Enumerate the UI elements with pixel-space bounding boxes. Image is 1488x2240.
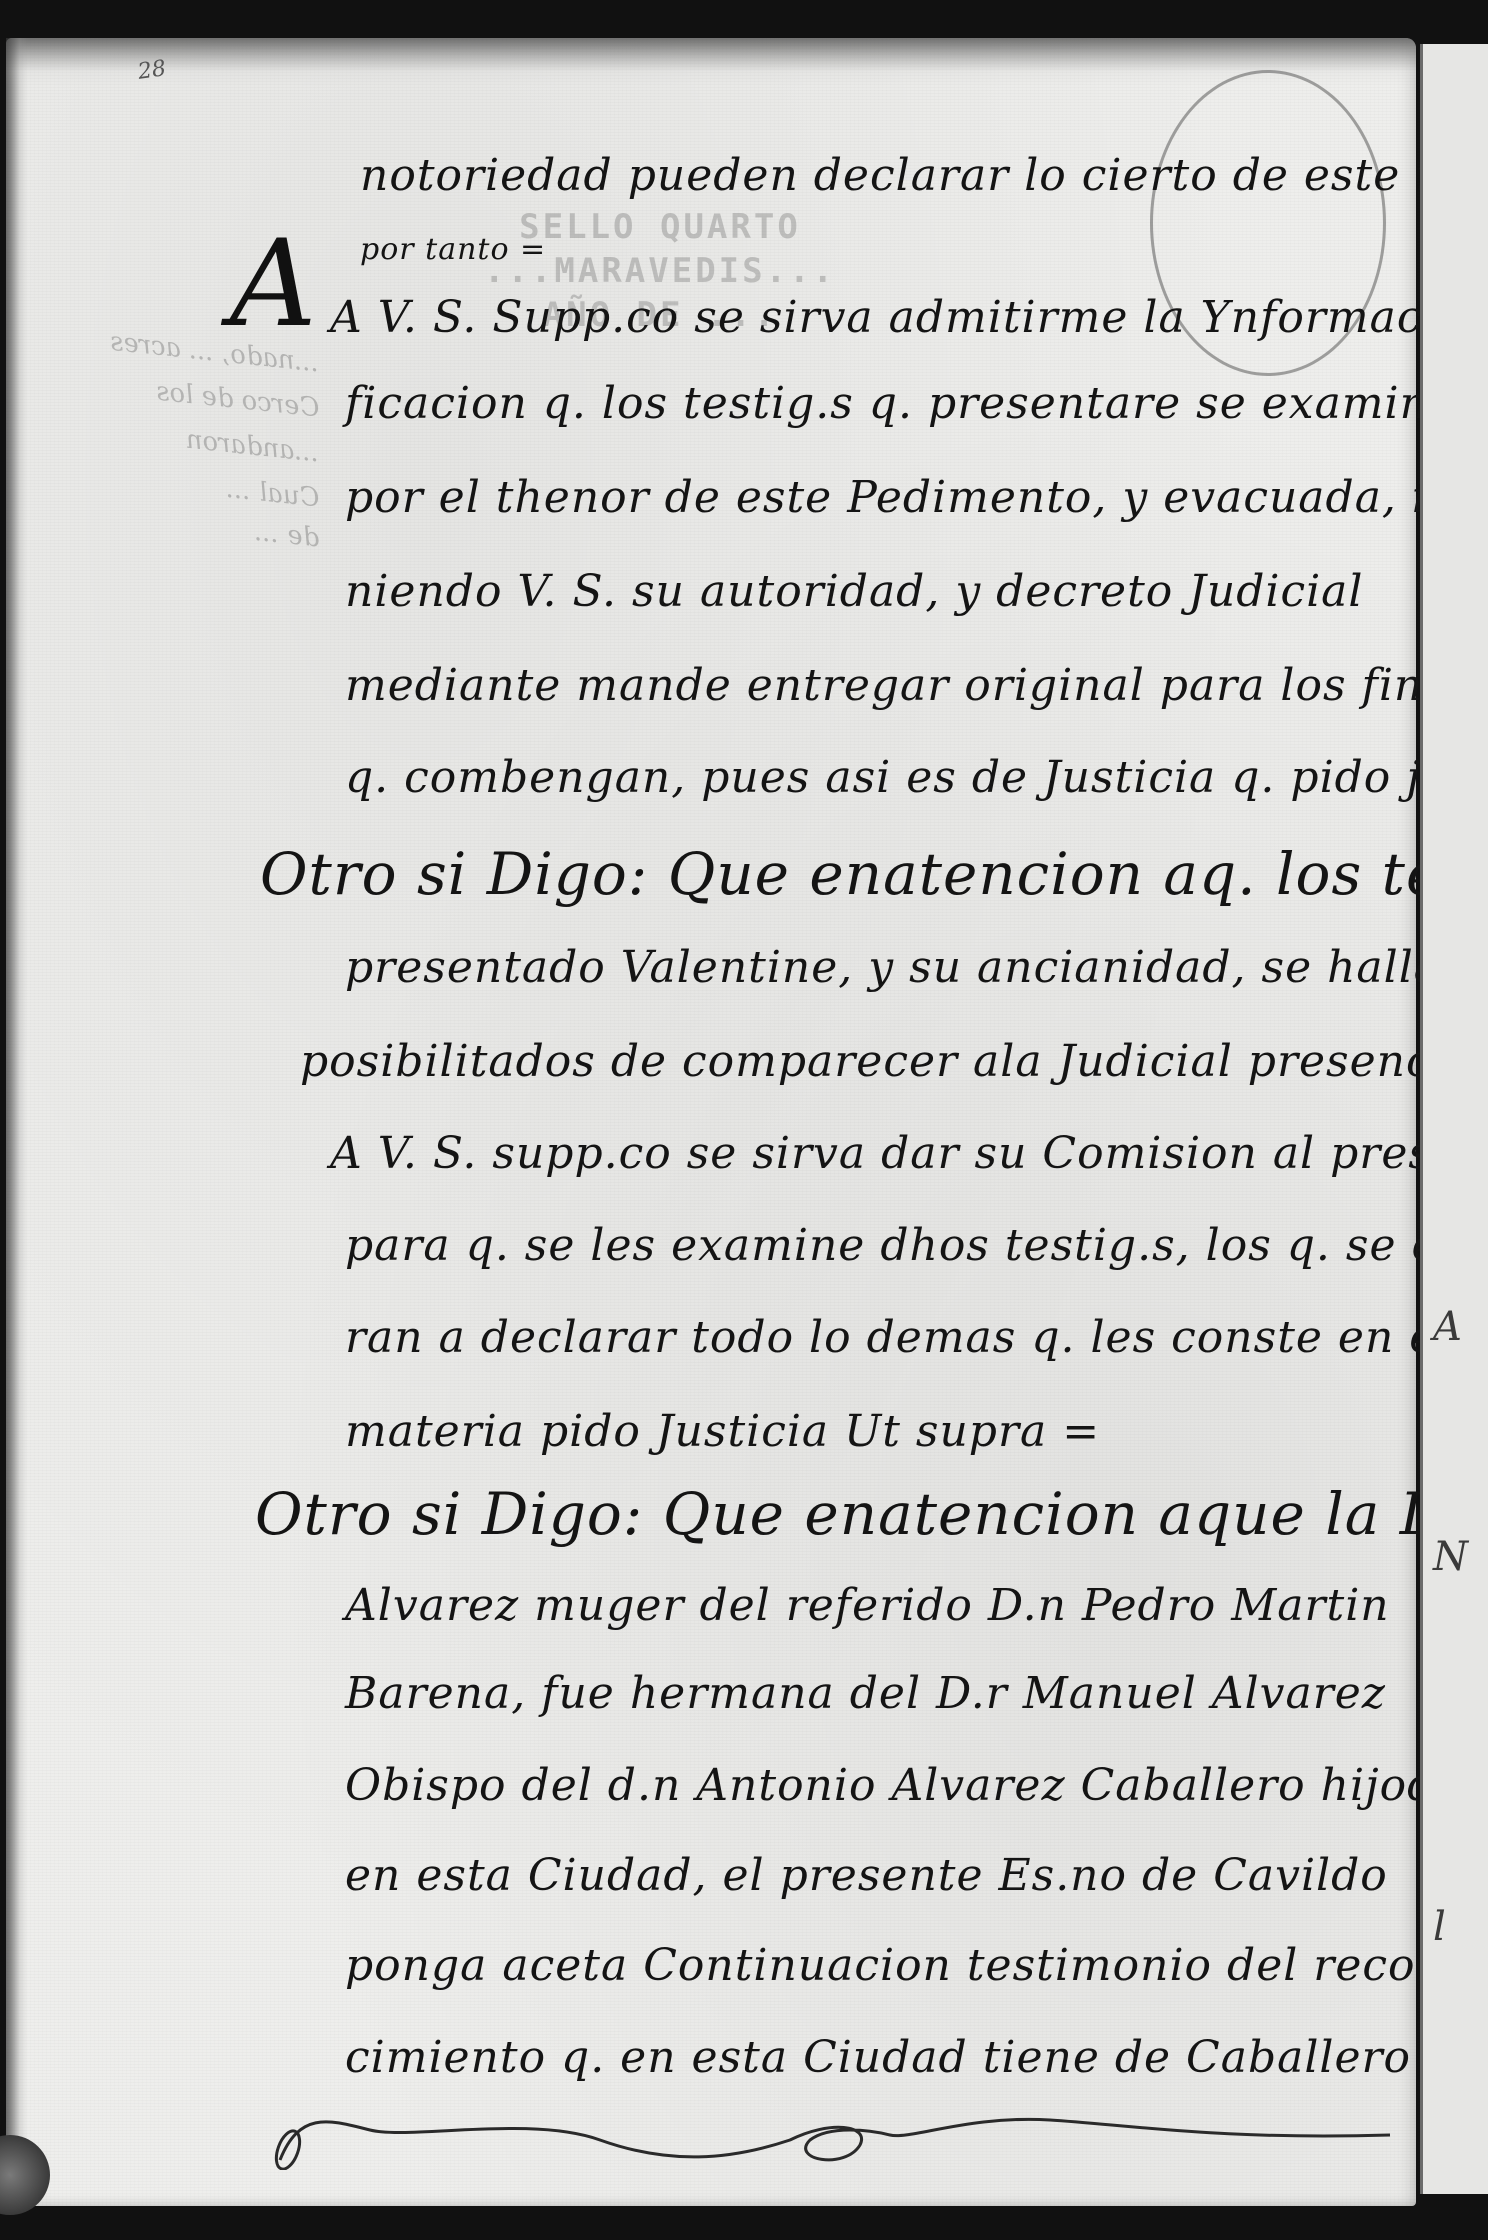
text-line-1: notoriedad pueden declarar lo cierto de … — [360, 150, 1488, 201]
adjacent-page-fragment: A — [1433, 1304, 1462, 1350]
text-line-18: Barena, fue hermana del D.r Manuel Alvar… — [345, 1668, 1386, 1719]
text-line-20: en esta Ciudad, el presente Es.no de Cav… — [345, 1850, 1388, 1901]
text-line-16: Otro si Digo: Que enatencion aque la D.a… — [255, 1480, 1488, 1548]
adjacent-page-fragment: l — [1433, 1904, 1446, 1950]
text-line-8: q. combengan, pues asi es de Justicia q.… — [345, 752, 1488, 803]
torn-top-edge — [6, 38, 1416, 86]
text-line-13: para q. se les examine dhos testig.s, lo… — [345, 1220, 1488, 1271]
closing-flourish — [270, 2100, 1400, 2170]
adjacent-page-edge: A N l — [1420, 44, 1488, 2194]
folio-number: 28 — [136, 56, 167, 85]
text-line-14: ran a declarar todo lo demas q. les cons… — [345, 1312, 1488, 1363]
text-line-12: A V. S. supp.co se sirva dar su Comision… — [330, 1128, 1488, 1179]
adjacent-page-fragment: N — [1433, 1534, 1468, 1580]
text-line-5: por el thenor de este Pedimento, y evacu… — [345, 472, 1488, 523]
text-line-21: ponga aceta Continuacion testimonio del … — [345, 1940, 1488, 1991]
decorated-initial: A — [230, 225, 317, 345]
text-line-4: ficacion q. los testig.s q. presentare s… — [345, 378, 1485, 429]
text-line-22: cimiento q. en esta Ciudad tiene de Caba… — [345, 2032, 1488, 2083]
text-line-11: posibilitados de comparecer ala Judicial… — [300, 1036, 1488, 1087]
text-line-6: niendo V. S. su autoridad, y decreto Jud… — [345, 566, 1363, 617]
text-line-15: materia pido Justicia Ut supra = — [345, 1406, 1100, 1457]
text-line-10: presentado Valentine, y su ancianidad, s… — [345, 942, 1488, 993]
text-line-3: A V. S. Supp.co se sirva admitirme la Yn… — [330, 292, 1488, 343]
text-line-2: por tanto = — [360, 232, 546, 267]
text-line-7: mediante mande entregar original para lo… — [345, 660, 1474, 711]
text-line-19: Obispo del d.n Antonio Alvarez Caballero… — [345, 1760, 1488, 1811]
text-line-9: Otro si Digo: Que enatencion aq. los tes… — [260, 840, 1488, 908]
binding-edge — [6, 38, 28, 2206]
text-line-17: Alvarez muger del referido D.n Pedro Mar… — [345, 1580, 1390, 1631]
